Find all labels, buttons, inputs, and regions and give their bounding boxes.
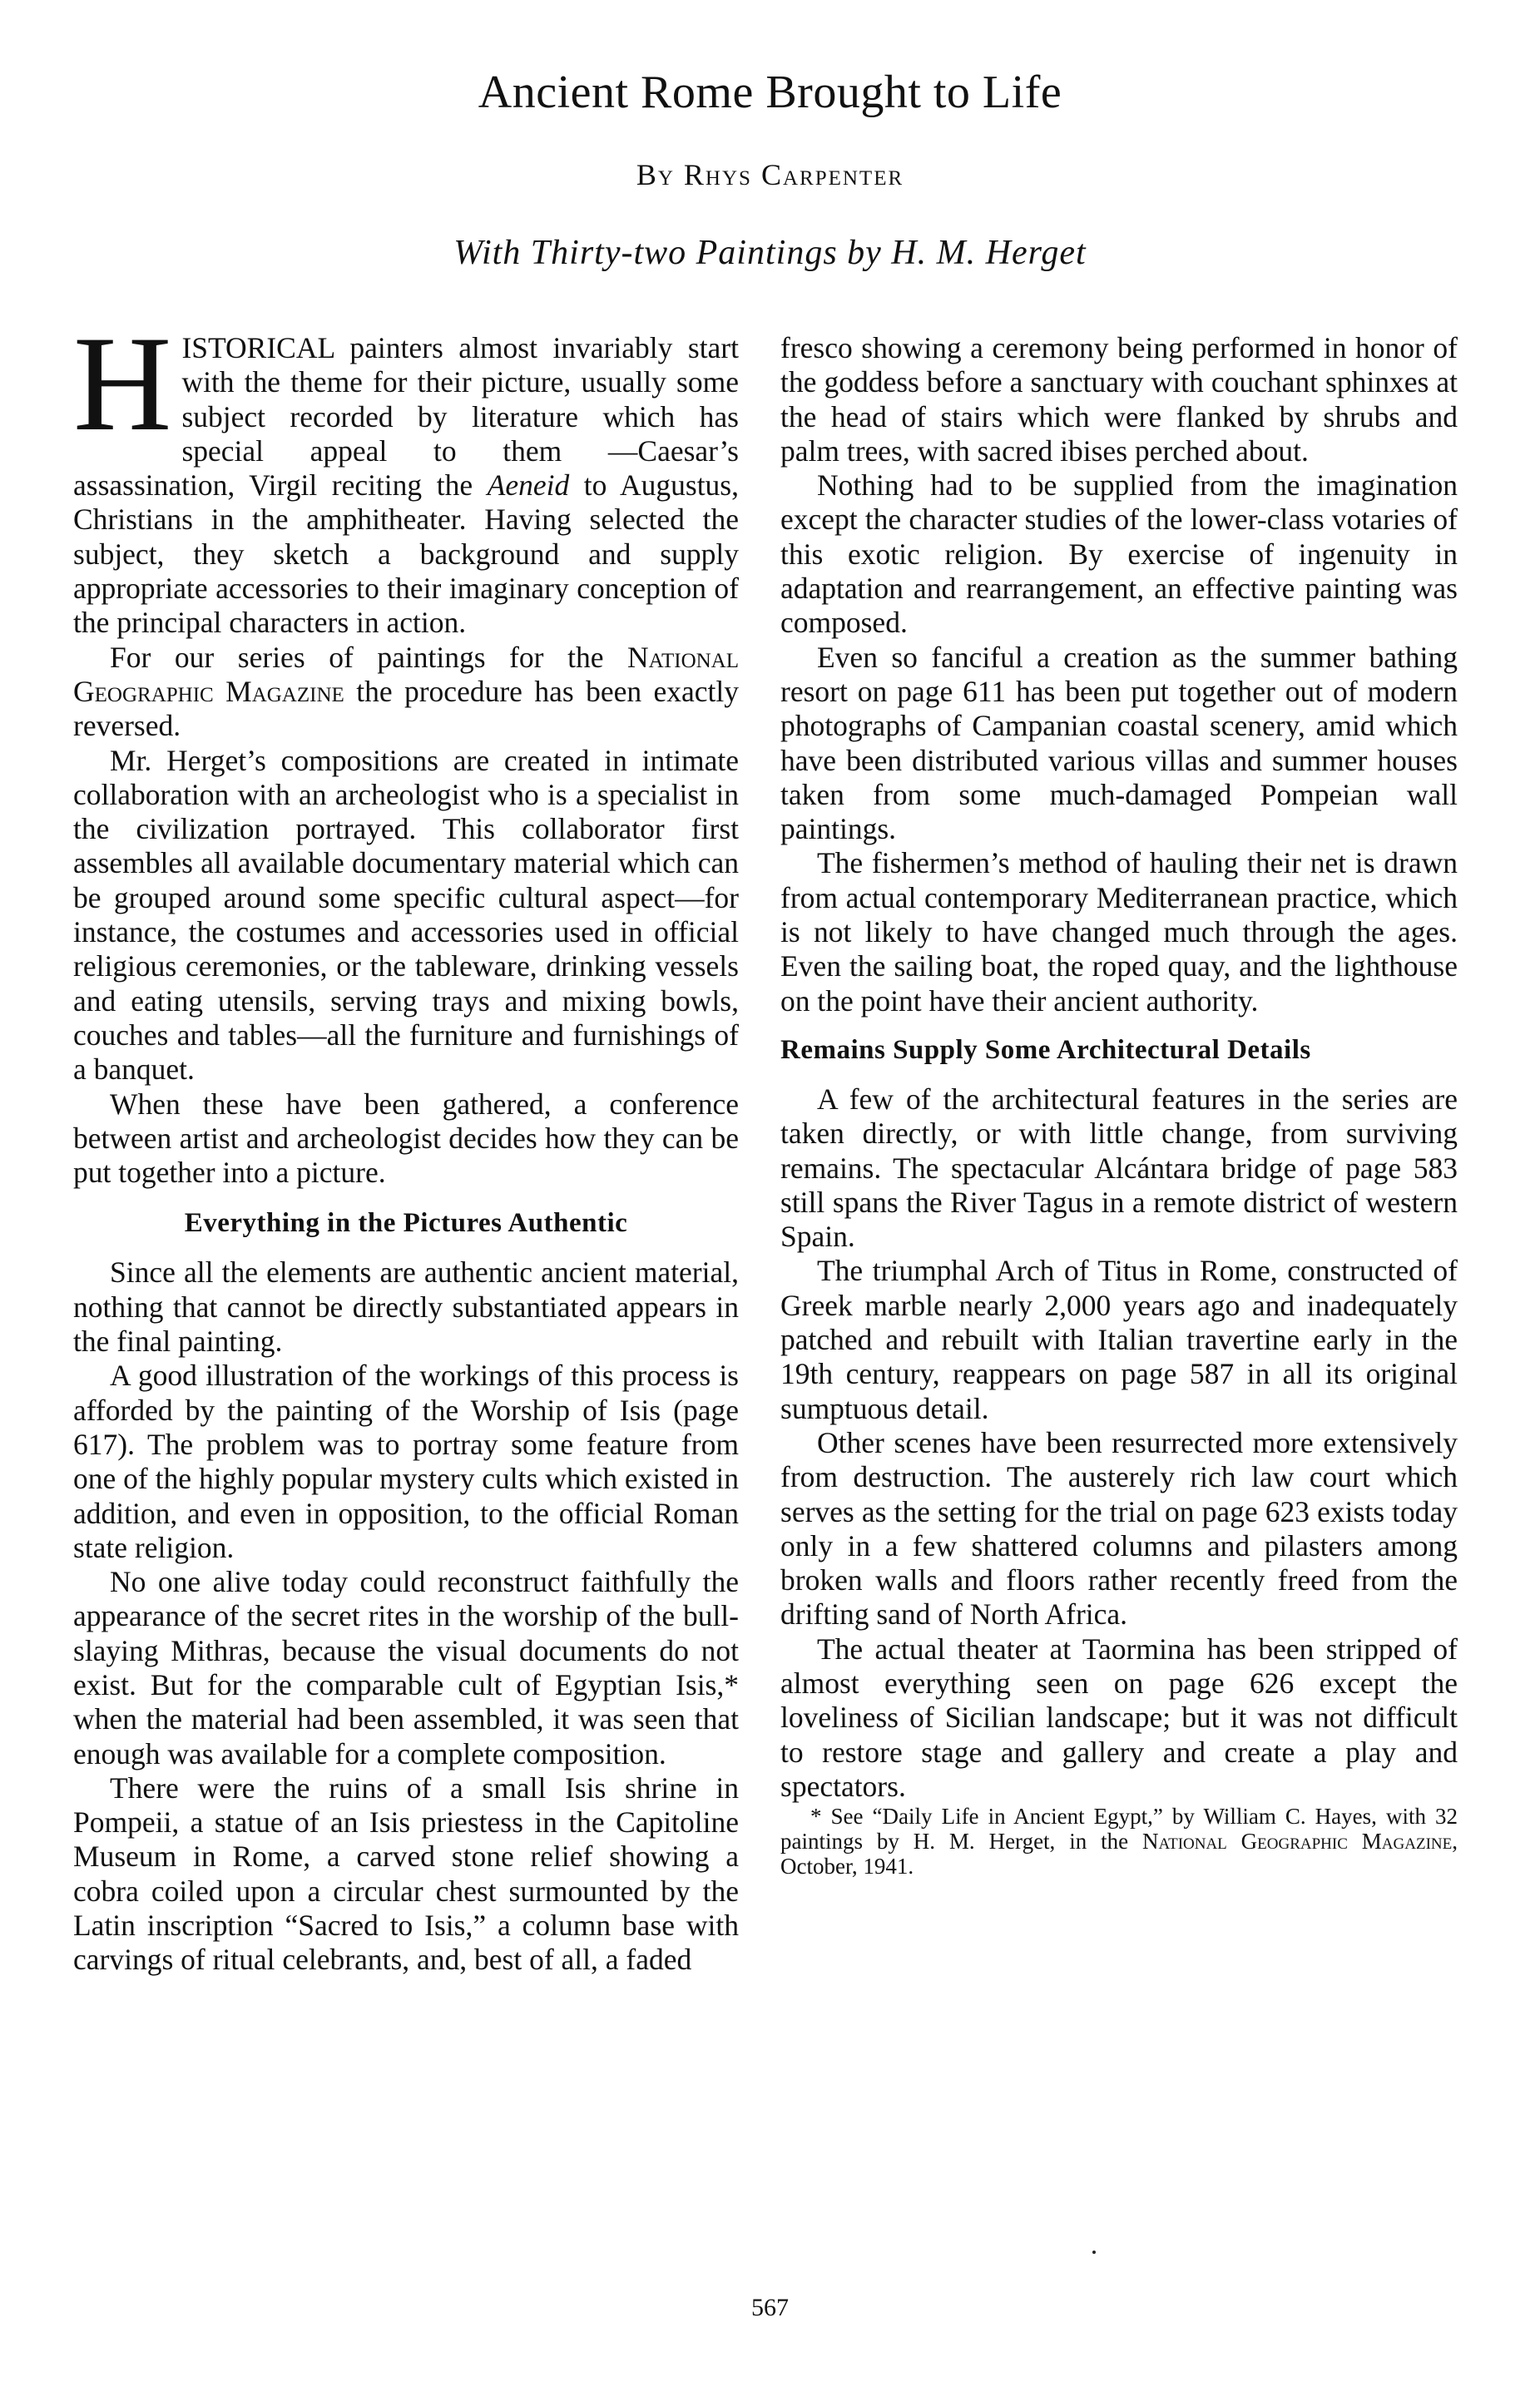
left-column: HISTORICAL painters almost invariably st… (73, 331, 739, 1978)
paragraph: A few of the architectural features in t… (780, 1082, 1458, 1254)
article-title: Ancient Rome Brought to Life (0, 63, 1540, 121)
paragraph: The triumphal Arch of Titus in Rome, con… (780, 1254, 1458, 1425)
footnote: * See “Daily Life in Ancient Egypt,” by … (780, 1804, 1458, 1879)
section-heading: Everything in the Pictures Authentic (73, 1206, 739, 1241)
paragraph: Even so fanciful a creation as the summe… (780, 641, 1458, 847)
paragraph: No one alive today could reconstruct fai… (73, 1565, 739, 1771)
paragraph: For our series of paintings for the Nati… (73, 641, 739, 744)
paragraph: fresco showing a ceremony being performe… (780, 331, 1458, 468)
paragraph: Since all the elements are authentic anc… (73, 1255, 739, 1359)
paragraph: Mr. Herget’s compositions are created in… (73, 744, 739, 1087)
paragraph-text: For our series of paintings for the (110, 641, 627, 674)
paragraph: The actual theater at Taormina has been … (780, 1632, 1458, 1804)
paragraph: When these have been gathered, a confere… (73, 1087, 739, 1191)
paragraph: A good illustration of the workings of t… (73, 1359, 739, 1565)
page-number: 567 (0, 2293, 1540, 2323)
italic-title-aeneid: Aeneid (488, 468, 570, 502)
paragraph: There were the ruins of a small Isis shr… (73, 1771, 739, 1978)
right-column: fresco showing a ceremony being performe… (780, 331, 1458, 1879)
paragraph: The fishermen’s method of hauling their … (780, 846, 1458, 1018)
drop-cap: H (73, 333, 171, 436)
article-subtitle: With Thirty-two Paintings by H. M. Herge… (0, 231, 1540, 275)
magazine-name: National Geographic Magazine (1142, 1829, 1452, 1854)
paragraph-intro: HISTORICAL painters almost invariably st… (73, 331, 739, 641)
paragraph: Nothing had to be supplied from the imag… (780, 468, 1458, 640)
stray-dot-mark (1092, 2251, 1096, 2254)
paragraph: Other scenes have been resurrected more … (780, 1426, 1458, 1632)
article-byline: By Rhys Carpenter (0, 156, 1540, 193)
section-heading: Remains Supply Some Architectural Detail… (780, 1033, 1458, 1067)
